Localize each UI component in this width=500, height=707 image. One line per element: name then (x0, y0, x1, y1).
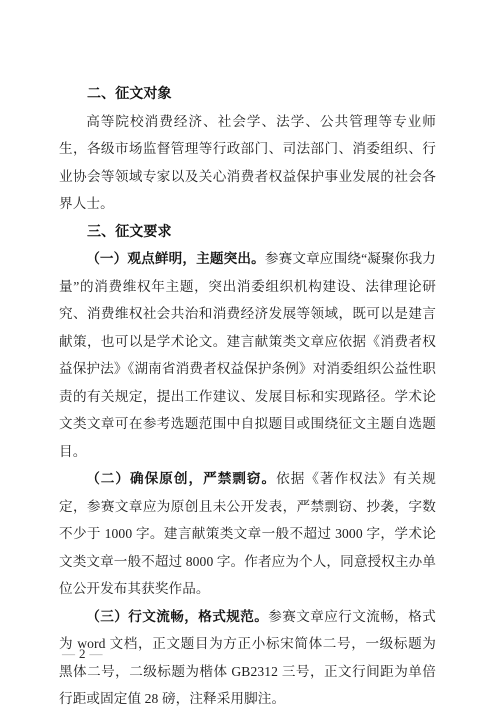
section-heading-recipients: 二、征文对象 (59, 80, 436, 108)
paragraph-lead: （三）行文流畅，格式规范。 (86, 609, 268, 624)
page-number-value: 2 (79, 646, 86, 661)
page-number-right-dash: — (86, 646, 107, 661)
paragraph-text: 依据《著作权法》有关规定，参赛文章应为原创且未公开发表，严禁剽窃、抄袭，字数不少… (59, 471, 436, 596)
section-heading-requirements: 三、征文要求 (59, 218, 436, 246)
paragraph-lead: （二）确保原创，严禁剽窃。 (86, 471, 276, 486)
paragraph-requirement-1: （一）观点鲜明，主题突出。参赛文章应围绕“凝聚你我力量”的消费维权年主题，突出消… (59, 245, 436, 465)
document-page: 二、征文对象 高等院校消费经济、社会学、法学、公共管理等专业师生，各级市场监督管… (0, 0, 500, 707)
page-number: —2— (58, 645, 107, 663)
paragraph-recipients: 高等院校消费经济、社会学、法学、公共管理等专业师生，各级市场监督管理等行政部门、… (59, 108, 436, 218)
paragraph-text: 高等院校消费经济、社会学、法学、公共管理等专业师生，各级市场监督管理等行政部门、… (59, 114, 436, 212)
page-number-left-dash: — (58, 646, 79, 661)
paragraph-requirement-2: （二）确保原创，严禁剽窃。依据《著作权法》有关规定，参赛文章应为原创且未公开发表… (59, 465, 436, 603)
paragraph-lead: （一）观点鲜明，主题突出。 (86, 251, 265, 266)
paragraph-requirement-3: （三）行文流畅，格式规范。参赛文章应行文流畅，格式为 word 文档，正文题目为… (59, 603, 436, 707)
document-body: 二、征文对象 高等院校消费经济、社会学、法学、公共管理等专业师生，各级市场监督管… (59, 80, 436, 707)
paragraph-text: 参赛文章应围绕“凝聚你我力量”的消费维权年主题，突出消委组织机构建设、法律理论研… (59, 251, 436, 459)
